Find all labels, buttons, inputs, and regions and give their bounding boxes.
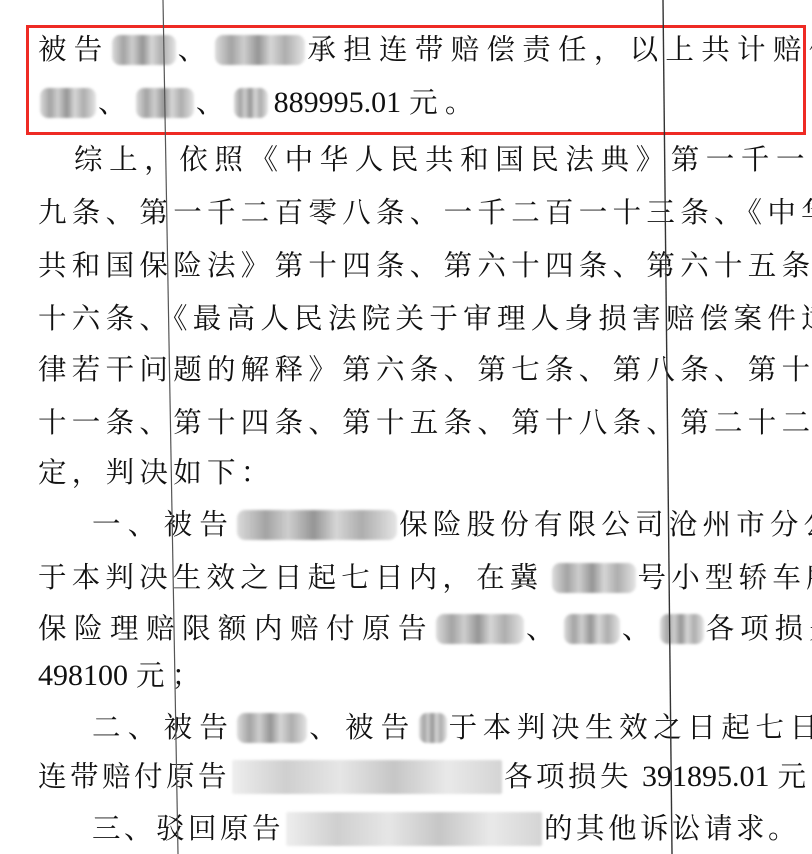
summary-line-2: 九条、第一千二百零八条、一千二百一十三条、《中华人民 xyxy=(38,196,812,230)
summary-line-7: 定，判决如下： xyxy=(38,456,275,490)
text-segment: 连带赔付原告 xyxy=(38,760,230,794)
text-segment: 二、被告 xyxy=(92,711,235,745)
highlight-box xyxy=(26,25,806,135)
text-segment: 元； xyxy=(136,659,208,693)
text-segment: 的其他诉讼请求。 xyxy=(544,812,800,846)
text-segment: 、 xyxy=(622,612,658,646)
text-segment: 元； xyxy=(778,760,812,794)
text-segment: 保险理赔限额内赔付原告 xyxy=(38,612,434,646)
document-page: 被告 、 承担连带赔偿责任，以上共计赔付原告 、 、 889995.01 元。 … xyxy=(0,0,812,854)
redacted-company xyxy=(237,510,397,540)
summary-line-3: 共和国保险法》第十四条、第六十四条、第六十五条、第六 xyxy=(38,249,812,283)
redacted-names xyxy=(232,760,502,794)
text-segment: 、被告 xyxy=(309,711,416,745)
text-segment: 十六条、《最高人民法院关于审理人身损害赔偿案件适用法 xyxy=(38,302,812,336)
text-segment: 三、驳回原告 xyxy=(92,812,284,846)
summary-line-1: 综上，依照《中华人民共和国民法典》第一千一百七十 xyxy=(74,143,800,177)
ruling-1-line-3: 保险理赔限额内赔付原告 、 、 各项损失 xyxy=(38,612,812,646)
ruling-1-line-2: 于本判决生效之日起七日内，在冀 号小型轿车所投 xyxy=(38,561,812,595)
text-segment: 综上，依照《中华人民共和国民法典》第一千一百七十 xyxy=(74,143,812,177)
redacted-names xyxy=(286,812,542,846)
text-segment: 、 xyxy=(526,612,562,646)
text-segment: 十一条、第十四条、第十五条、第十八条、第二十二条之规 xyxy=(38,406,812,440)
text-segment: 保险股份有限公司沧州市分公司 xyxy=(399,508,812,542)
text-segment: 号小型轿车所投 xyxy=(638,561,812,595)
redacted-name xyxy=(436,614,524,644)
text-segment: 律若干问题的解释》第六条、第七条、第八条、第十条、第 xyxy=(38,353,812,387)
summary-line-6: 十一条、第十四条、第十五条、第十八条、第二十二条之规 xyxy=(38,406,812,440)
text-segment: 九条、第一千二百零八条、一千二百一十三条、《中华人民 xyxy=(38,196,812,230)
text-segment: 于本判决生效之日起七日内，在冀 xyxy=(38,561,544,595)
ruling-2-line-1: 二、被告 、被告 于本判决生效之日起七日内， xyxy=(92,711,812,745)
ruling-2-line-2: 连带赔付原告 各项损失 391895.01 元； xyxy=(38,760,812,794)
text-segment: 于本判决生效之日起七日内， xyxy=(449,711,812,745)
ruling-3-line-1: 三、驳回原告 的其他诉讼请求。 xyxy=(92,812,800,846)
ruling-1-amount: 498100 xyxy=(38,659,128,693)
ruling-2-amount: 391895.01 xyxy=(642,760,770,794)
text-segment: 一、被告 xyxy=(92,508,235,542)
text-segment: 定，判决如下： xyxy=(38,456,275,490)
summary-line-5: 律若干问题的解释》第六条、第七条、第八条、第十条、第 xyxy=(38,353,812,387)
redacted-name xyxy=(564,614,620,644)
redacted-name xyxy=(660,614,704,644)
text-segment: 共和国保险法》第十四条、第六十四条、第六十五条、第六 xyxy=(38,249,812,283)
summary-line-4: 十六条、《最高人民法院关于审理人身损害赔偿案件适用法 xyxy=(38,302,812,336)
ruling-1-line-4: 498100 元； xyxy=(38,659,208,693)
ruling-1-line-1: 一、被告 保险股份有限公司沧州市分公司 xyxy=(92,508,812,542)
text-segment: 各项损失 xyxy=(706,612,812,646)
redacted-plate-number xyxy=(552,563,636,593)
redacted-name xyxy=(419,713,447,743)
redacted-name xyxy=(237,713,307,743)
text-segment: 各项损失 xyxy=(504,760,632,794)
